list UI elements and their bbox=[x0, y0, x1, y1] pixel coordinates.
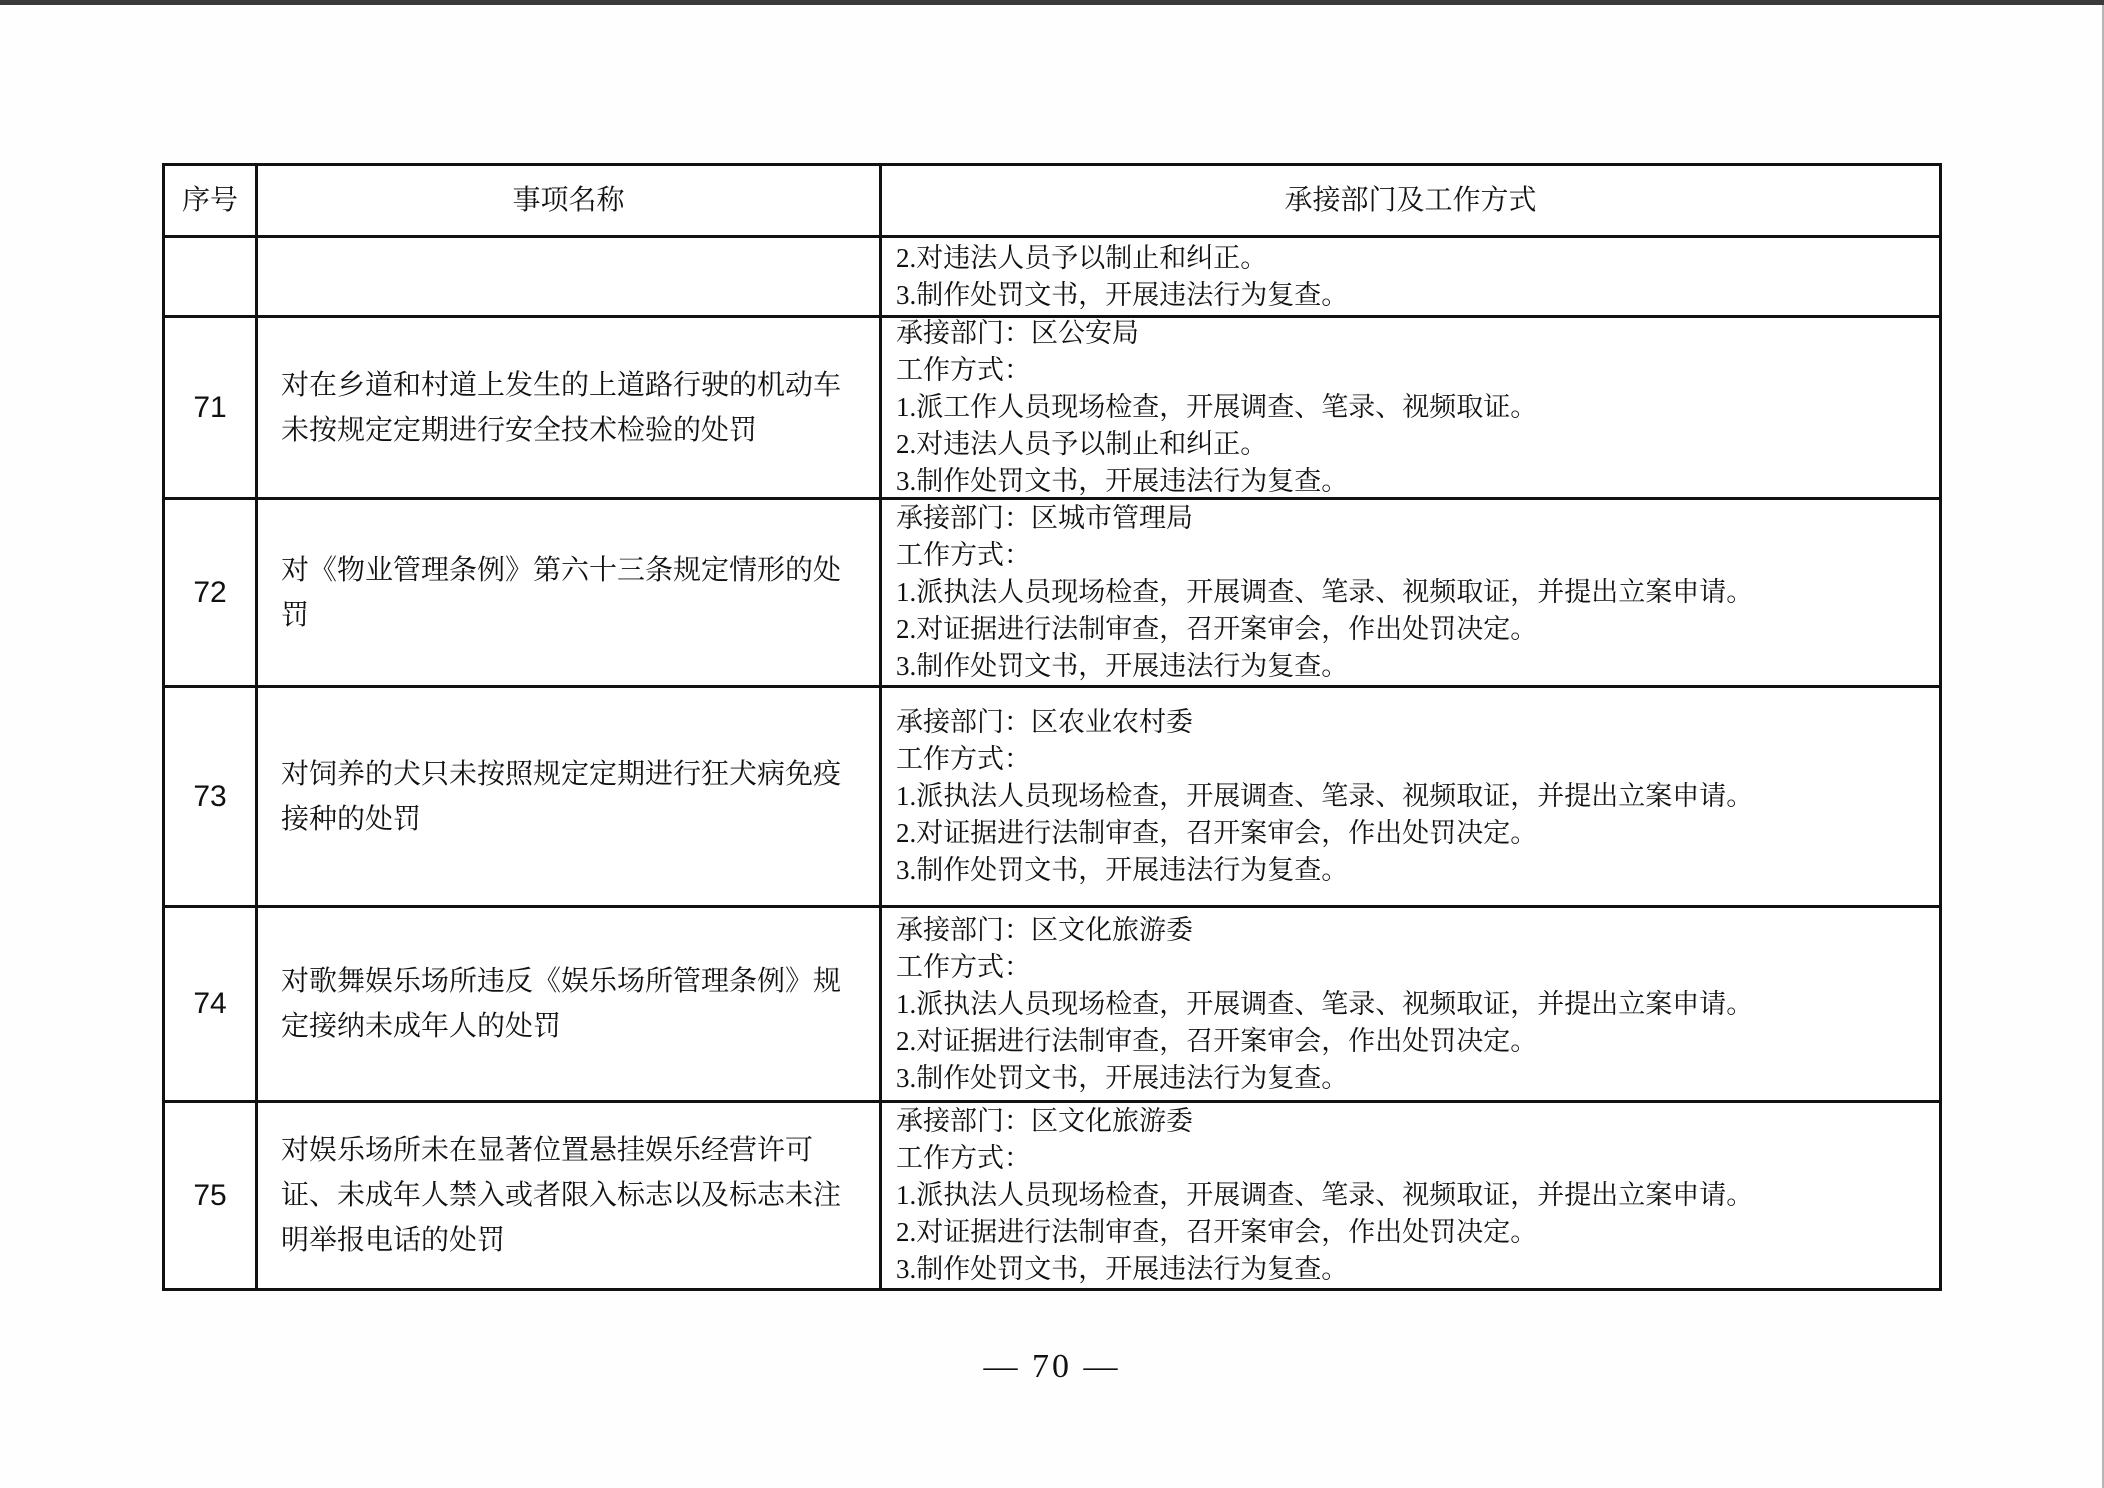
dept-line: 3.制作处罚文书，开展违法行为复查。 bbox=[896, 852, 1925, 889]
document-page: 序号 事项名称 承接部门及工作方式 2.对违法人员予以制止和纠正。 3.制作处罚… bbox=[0, 0, 2104, 1488]
dept-line: 1.派执法人员现场检查，开展调查、笔录、视频取证，并提出立案申请。 bbox=[896, 574, 1925, 611]
dept-line: 2.对证据进行法制审查，召开案审会，作出处罚决定。 bbox=[896, 815, 1925, 852]
serial-cell: 73 bbox=[165, 688, 258, 905]
item-name-cell bbox=[258, 238, 882, 315]
department-cell: 承接部门：区文化旅游委 工作方式： 1.派执法人员现场检查，开展调查、笔录、视频… bbox=[882, 908, 1939, 1100]
department-cell: 承接部门：区文化旅游委 工作方式： 1.派执法人员现场检查，开展调查、笔录、视频… bbox=[882, 1103, 1939, 1288]
table-row-74: 74 对歌舞娱乐场所违反《娱乐场所管理条例》规定接纳未成年人的处罚 承接部门：区… bbox=[165, 908, 1939, 1103]
serial-cell bbox=[165, 238, 258, 315]
dept-line: 承接部门：区农业农村委 bbox=[896, 704, 1925, 741]
dept-line: 2.对违法人员予以制止和纠正。 bbox=[896, 426, 1925, 463]
dept-line: 工作方式： bbox=[896, 1140, 1925, 1177]
dept-line: 3.制作处罚文书，开展违法行为复查。 bbox=[896, 1060, 1925, 1097]
department-cell: 承接部门：区公安局 工作方式： 1.派工作人员现场检查，开展调查、笔录、视频取证… bbox=[882, 318, 1939, 497]
dept-line: 1.派工作人员现场检查，开展调查、笔录、视频取证。 bbox=[896, 389, 1925, 426]
table-row-73: 73 对饲养的犬只未按照规定定期进行狂犬病免疫接种的处罚 承接部门：区农业农村委… bbox=[165, 688, 1939, 908]
department-cell: 承接部门：区农业农村委 工作方式： 1.派执法人员现场检查，开展调查、笔录、视频… bbox=[882, 688, 1939, 905]
serial-cell: 75 bbox=[165, 1103, 258, 1288]
dept-line: 3.制作处罚文书，开展违法行为复查。 bbox=[896, 648, 1925, 685]
dept-line: 工作方式： bbox=[896, 352, 1925, 389]
dept-line: 2.对证据进行法制审查，召开案审会，作出处罚决定。 bbox=[896, 1023, 1925, 1060]
dept-line: 承接部门：区文化旅游委 bbox=[896, 912, 1925, 949]
serial-cell: 72 bbox=[165, 500, 258, 685]
header-department-method: 承接部门及工作方式 bbox=[882, 166, 1939, 235]
table-row-72: 72 对《物业管理条例》第六十三条规定情形的处罚 承接部门：区城市管理局 工作方… bbox=[165, 500, 1939, 688]
dept-line: 1.派执法人员现场检查，开展调查、笔录、视频取证，并提出立案申请。 bbox=[896, 1177, 1925, 1214]
items-table: 序号 事项名称 承接部门及工作方式 2.对违法人员予以制止和纠正。 3.制作处罚… bbox=[162, 163, 1942, 1291]
dept-line: 工作方式： bbox=[896, 949, 1925, 986]
item-name-cell: 对饲养的犬只未按照规定定期进行狂犬病免疫接种的处罚 bbox=[258, 688, 882, 905]
department-cell: 承接部门：区城市管理局 工作方式： 1.派执法人员现场检查，开展调查、笔录、视频… bbox=[882, 500, 1939, 685]
dept-line: 工作方式： bbox=[896, 537, 1925, 574]
dept-line: 2.对证据进行法制审查，召开案审会，作出处罚决定。 bbox=[896, 1214, 1925, 1251]
dept-line: 承接部门：区城市管理局 bbox=[896, 500, 1925, 537]
scan-edge-top bbox=[0, 0, 2104, 5]
dept-line: 2.对证据进行法制审查，召开案审会，作出处罚决定。 bbox=[896, 611, 1925, 648]
table-row-71: 71 对在乡道和村道上发生的上道路行驶的机动车未按规定定期进行安全技术检验的处罚… bbox=[165, 318, 1939, 500]
header-serial-number: 序号 bbox=[165, 166, 258, 235]
table-row-75: 75 对娱乐场所未在显著位置悬挂娱乐经营许可证、未成年人禁入或者限入标志以及标志… bbox=[165, 1103, 1939, 1288]
dept-line: 1.派执法人员现场检查，开展调查、笔录、视频取证，并提出立案申请。 bbox=[896, 986, 1925, 1023]
item-name-cell: 对在乡道和村道上发生的上道路行驶的机动车未按规定定期进行安全技术检验的处罚 bbox=[258, 318, 882, 497]
page-number: — 70 — bbox=[0, 1348, 2104, 1386]
serial-cell: 74 bbox=[165, 908, 258, 1100]
table-row-continuation: 2.对违法人员予以制止和纠正。 3.制作处罚文书，开展违法行为复查。 bbox=[165, 238, 1939, 318]
dept-line: 3.制作处罚文书，开展违法行为复查。 bbox=[896, 463, 1925, 500]
dept-line: 1.派执法人员现场检查，开展调查、笔录、视频取证，并提出立案申请。 bbox=[896, 778, 1925, 815]
item-name-cell: 对《物业管理条例》第六十三条规定情形的处罚 bbox=[258, 500, 882, 685]
dept-line: 3.制作处罚文书，开展违法行为复查。 bbox=[896, 1251, 1925, 1288]
serial-cell: 71 bbox=[165, 318, 258, 497]
department-cell: 2.对违法人员予以制止和纠正。 3.制作处罚文书，开展违法行为复查。 bbox=[882, 238, 1939, 315]
dept-line: 2.对违法人员予以制止和纠正。 bbox=[896, 240, 1925, 277]
dept-line: 承接部门：区文化旅游委 bbox=[896, 1103, 1925, 1140]
item-name-cell: 对歌舞娱乐场所违反《娱乐场所管理条例》规定接纳未成年人的处罚 bbox=[258, 908, 882, 1100]
dept-line: 3.制作处罚文书，开展违法行为复查。 bbox=[896, 277, 1925, 314]
dept-line: 工作方式： bbox=[896, 741, 1925, 778]
table-header-row: 序号 事项名称 承接部门及工作方式 bbox=[165, 166, 1939, 238]
dept-line: 承接部门：区公安局 bbox=[896, 315, 1925, 352]
item-name-cell: 对娱乐场所未在显著位置悬挂娱乐经营许可证、未成年人禁入或者限入标志以及标志未注明… bbox=[258, 1103, 882, 1288]
header-item-name: 事项名称 bbox=[258, 166, 882, 235]
